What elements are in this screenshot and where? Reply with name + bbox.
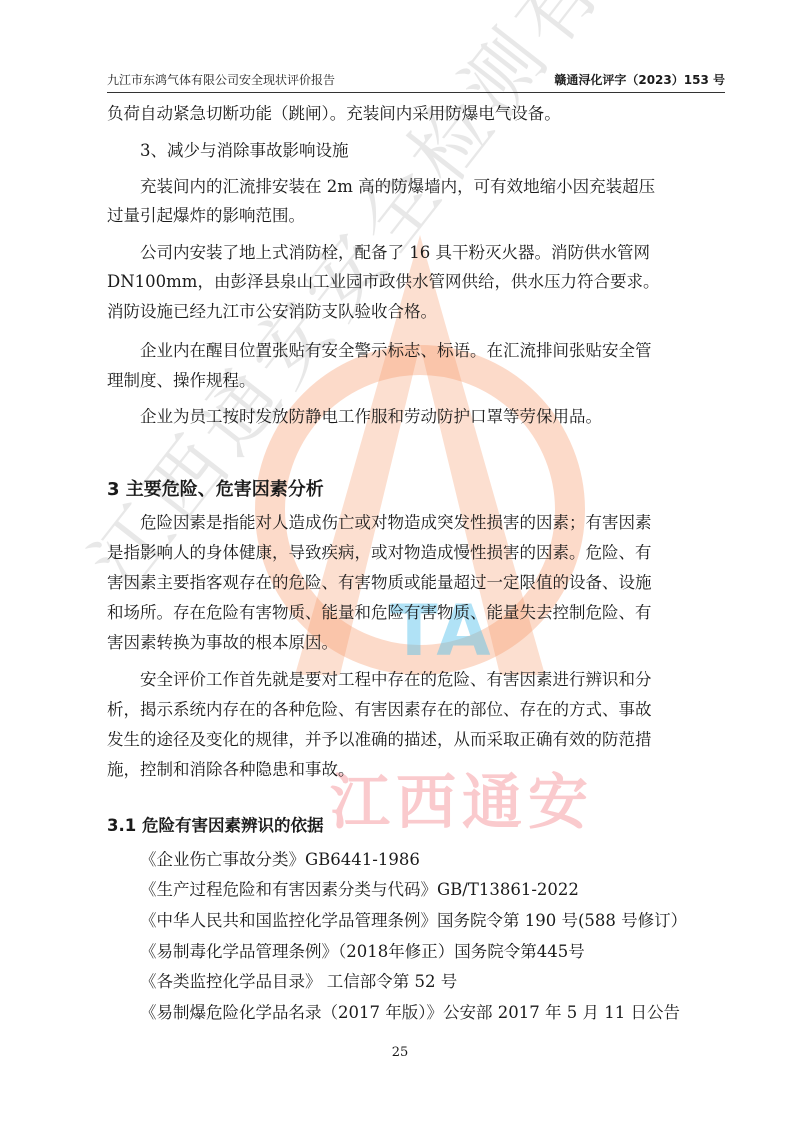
reference-item: 《中华人民共和国监控化学品管理条例》国务院令第 190 号(588 号修订） [140, 911, 687, 931]
subsection-heading: 3.1 危险有害因素辨识的依据 [107, 816, 323, 836]
text-line: 企业为员工按时发放防静电工作服和劳动防护口罩等劳保用品。 [140, 407, 602, 427]
report-number: 赣通浔化评字（2023）153 号 [554, 70, 725, 90]
page-header: 九江市东鸿气体有限公司安全现状评价报告 赣通浔化评字（2023）153 号 [107, 70, 725, 93]
report-title: 九江市东鸿气体有限公司安全现状评价报告 [107, 70, 335, 90]
text-line: 充装间内的汇流排安装在 2m 高的防爆墙内，可有效地缩小因充装超压 [140, 177, 655, 197]
document-page: TA 江西通安 江西通安安全检测有限公司 九江市东鸿气体有限公司安全现状评价报告… [0, 0, 800, 1131]
reference-item: 《企业伤亡事故分类》GB6441-1986 [140, 850, 420, 870]
text-line: 发生的途径及变化的规律，并予以准确的描述，从而采取正确有效的防范措 [107, 730, 652, 750]
text-line: DN100mm，由彭泽县泉山工业园市政供水管网供给，供水压力符合要求。 [107, 272, 659, 292]
page-number: 25 [0, 1045, 800, 1060]
reference-item: 《易制爆危险化学品名录（2017 年版）》公安部 2017 年 5 月 11 日… [140, 1003, 680, 1023]
text-line: 害因素转换为事故的根本原因。 [107, 633, 338, 653]
text-line: 负荷自动紧急切断功能（跳闸）。充装间内采用防爆电气设备。 [107, 104, 561, 124]
text-line: 危险因素是指能对人造成伤亡或对物造成突发性损害的因素；有害因素 [140, 513, 652, 533]
reference-item: 《各类监控化学品目录》 工信部令第 52 号 [140, 972, 457, 992]
text-line: 企业内在醒目位置张贴有安全警示标志、标语。在汇流排间张贴安全管 [140, 341, 652, 361]
text-line: 过量引起爆炸的影响范围。 [107, 206, 305, 226]
text-line: 害因素主要指客观存在的危险、有害物质或能量超过一定限值的设备、设施 [107, 573, 652, 593]
section-heading: 3 主要危险、危害因素分析 [107, 480, 324, 500]
text-line: 理制度、操作规程。 [107, 371, 256, 391]
text-line: 和场所。存在危险有害物质、能量和危险有害物质、能量失去控制危险、有 [107, 603, 652, 623]
text-line: 公司内安装了地上式消防栓，配备了 16 具干粉灭火器。消防供水管网 [140, 243, 650, 263]
text-line: 安全评价工作首先就是要对工程中存在的危险、有害因素进行辨识和分 [140, 670, 652, 690]
reference-item: 《易制毒化学品管理条例》（2018年修正）国务院令第445号 [140, 942, 585, 962]
watermark-circle-logo [255, 345, 585, 675]
watermark-company-text: 江西通安 [330, 755, 594, 841]
text-line: 施，控制和消除各种隐患和事故。 [107, 760, 355, 780]
text-line: 是指影响人的身体健康，导致疾病，或对物造成慢性损害的因素。危险、有 [107, 543, 652, 563]
text-line: 析，揭示系统内存在的各种危险、有害因素存在的部位、存在的方式、事故 [107, 700, 652, 720]
subheading: 3、减少与消除事故影响设施 [140, 141, 349, 161]
reference-item: 《生产过程危险和有害因素分类与代码》GB/T13861-2022 [140, 880, 579, 900]
text-line: 消防设施已经九江市公安消防支队验收合格。 [107, 302, 437, 322]
